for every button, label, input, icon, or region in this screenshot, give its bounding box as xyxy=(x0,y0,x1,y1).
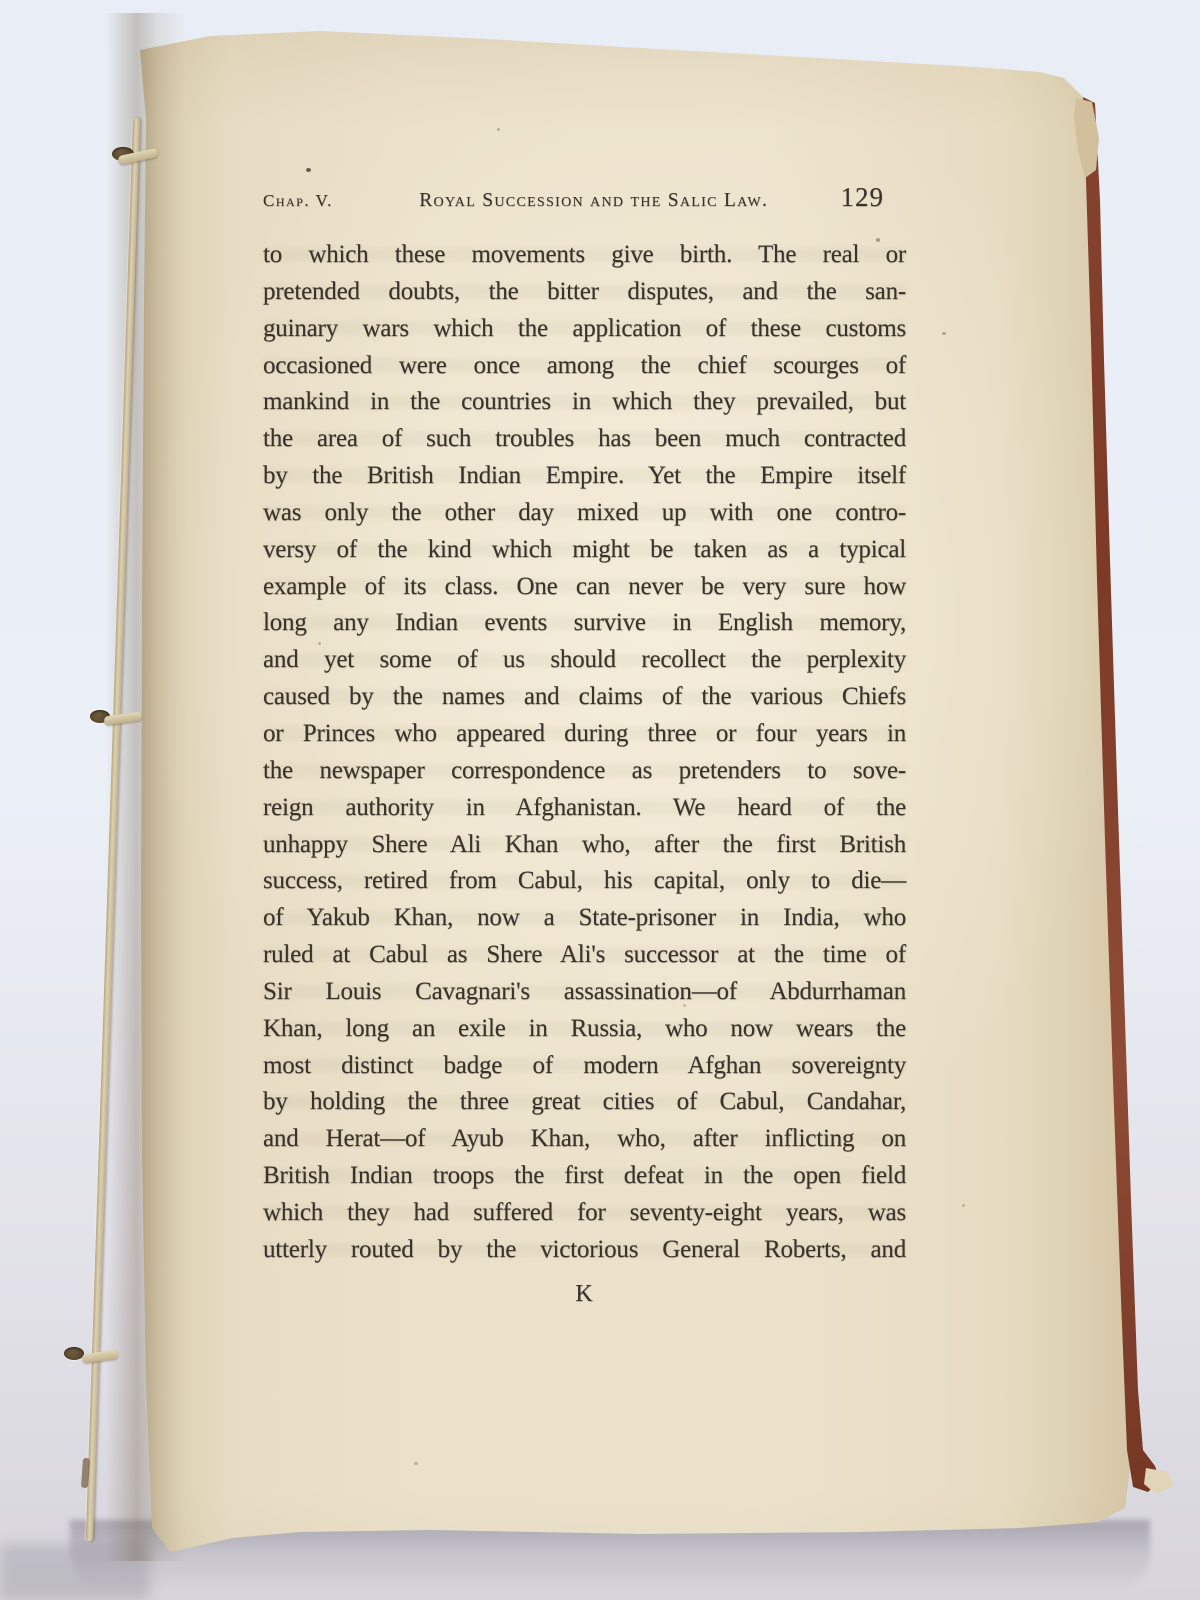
page-body: to which these movements give birth. The… xyxy=(263,237,906,1269)
text-line: Sir Louis Cavagnari's assassination—of A… xyxy=(263,974,906,1011)
text-line: the area of such troubles has been much … xyxy=(263,421,906,458)
text-line: to which these movements give birth. The… xyxy=(263,237,906,274)
stitch-hole xyxy=(64,1347,84,1360)
page-number: 129 xyxy=(841,182,885,213)
running-title: Royal Succession and the Salic Law. xyxy=(333,190,841,212)
text-line: reign authority in Afghanistan. We heard… xyxy=(263,790,906,827)
signature-mark: K xyxy=(263,1281,906,1308)
text-line: long any Indian events survive in Englis… xyxy=(263,605,906,642)
book-photo: Chap. V. Royal Succession and the Salic … xyxy=(0,0,1200,1600)
text-line: and yet some of us should recollect the … xyxy=(263,642,906,679)
text-line: mankind in the countries in which they p… xyxy=(263,384,906,421)
text-line: pretended doubts, the bitter disputes, a… xyxy=(263,274,906,311)
text-line: caused by the names and claims of the va… xyxy=(263,679,906,716)
text-line: the newspaper correspondence as pretende… xyxy=(263,753,906,790)
text-line: British Indian troops the first defeat i… xyxy=(263,1158,906,1195)
text-line: utterly routed by the victorious General… xyxy=(263,1232,906,1269)
foxing-speck xyxy=(942,332,946,335)
text-line: ruled at Cabul as Shere Ali's successor … xyxy=(263,937,906,974)
text-line: which they had suffered for seventy-eigh… xyxy=(263,1195,906,1232)
printed-text: Chap. V. Royal Succession and the Salic … xyxy=(263,0,906,1600)
text-line: example of its class. One can never be v… xyxy=(263,569,906,606)
text-line: by the British Indian Empire. Yet the Em… xyxy=(263,458,906,495)
text-line: was only the other day mixed up with one… xyxy=(263,495,906,532)
text-line: occasioned were once among the chief sco… xyxy=(263,348,906,385)
text-line: success, retired from Cabul, his capital… xyxy=(263,863,906,900)
gutter-crease xyxy=(106,13,186,1561)
text-line: guinary wars which the application of th… xyxy=(263,311,906,348)
foxing-speck xyxy=(962,1204,965,1207)
text-line: or Princes who appeared during three or … xyxy=(263,716,906,753)
text-line: versy of the kind which might be taken a… xyxy=(263,532,906,569)
text-line: most distinct badge of modern Afghan sov… xyxy=(263,1048,906,1085)
chapter-label: Chap. V. xyxy=(263,191,333,211)
text-line: unhappy Shere Ali Khan who, after the fi… xyxy=(263,827,906,864)
text-line: Khan, long an exile in Russia, who now w… xyxy=(263,1011,906,1048)
text-line: by holding the three great cities of Cab… xyxy=(263,1084,906,1121)
text-line: and Herat—of Ayub Khan, who, after infli… xyxy=(263,1121,906,1158)
running-head: Chap. V. Royal Succession and the Salic … xyxy=(263,182,884,213)
text-line: of Yakub Khan, now a State-prisoner in I… xyxy=(263,900,906,937)
